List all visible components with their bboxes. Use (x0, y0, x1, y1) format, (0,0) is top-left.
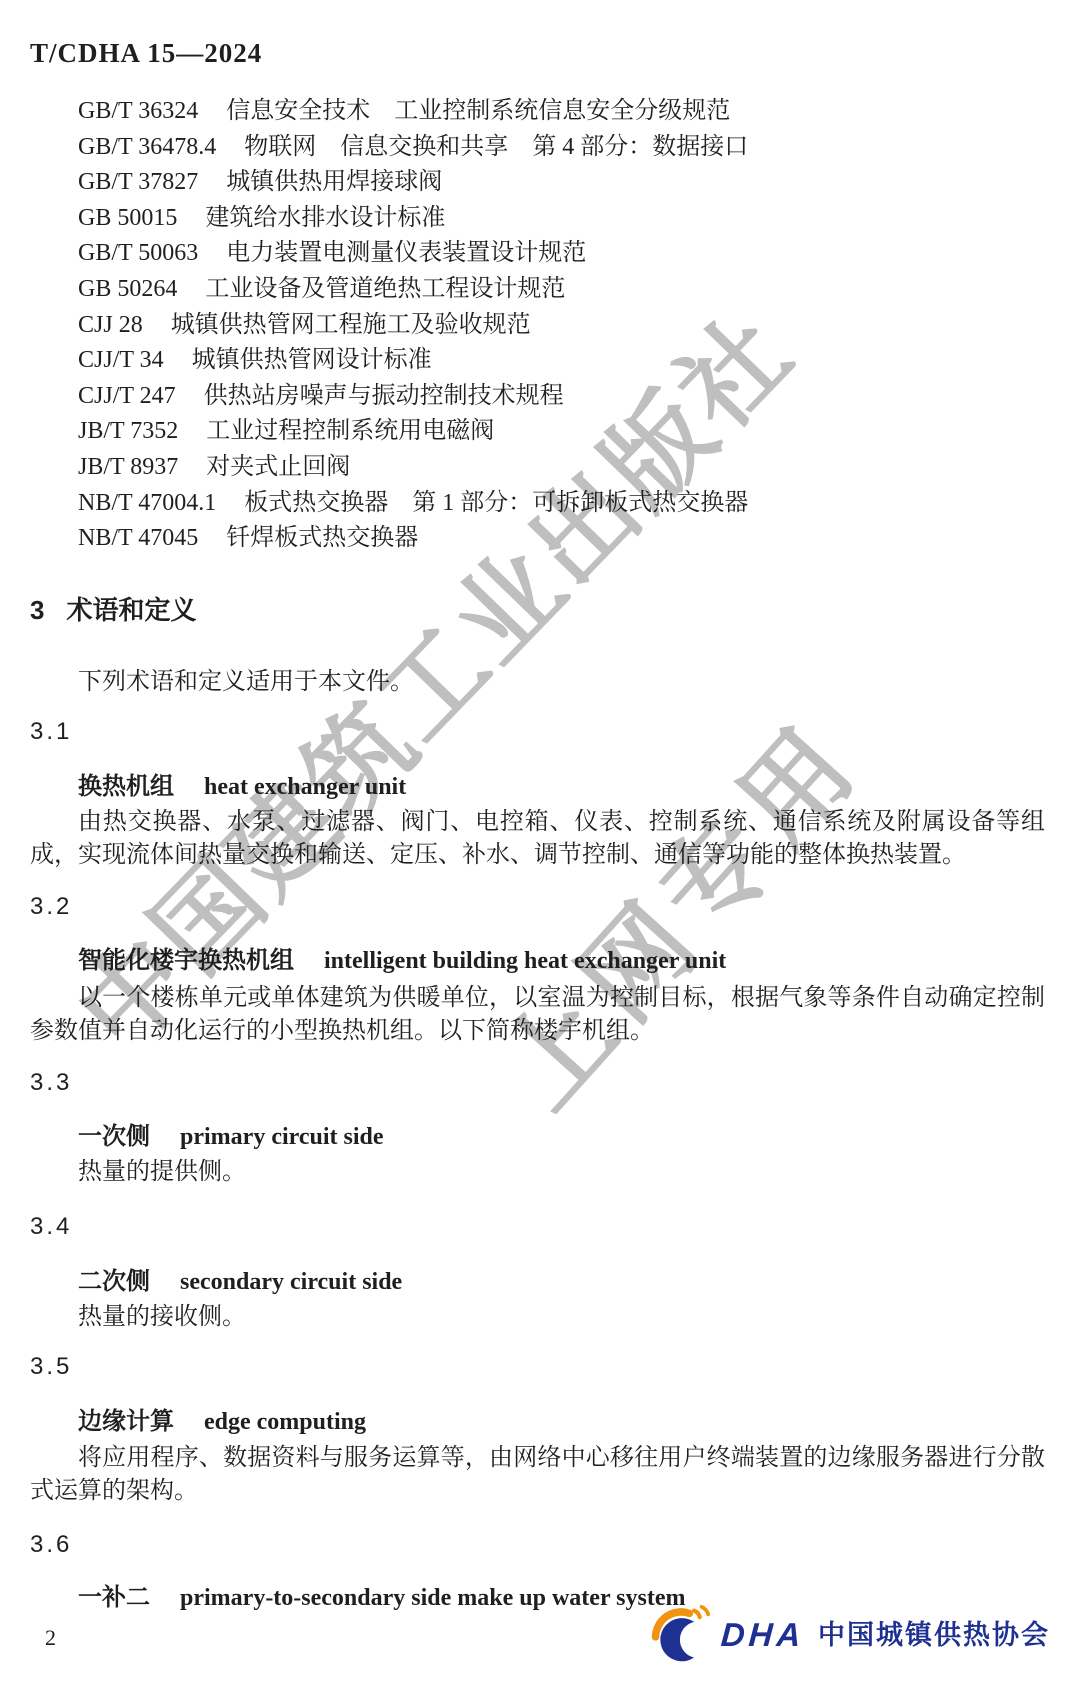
reference-code: JB/T 8937 (78, 450, 178, 486)
page-content: T/CDHA 15—2024 GB/T 36324信息安全技术 工业控制系统信息… (0, 0, 1080, 1691)
reference-item: GB 50264工业设备及管道绝热工程设计规范 (78, 272, 748, 308)
term-definition: 热量的接收侧。 (30, 1301, 1045, 1334)
reference-title: 工业过程控制系统用电磁阀 (206, 418, 494, 444)
reference-title: 城镇供热管网设计标准 (192, 347, 432, 373)
term-heading: 一补二primary-to-secondary side make up wat… (78, 1583, 686, 1613)
section-title: 术语和定义 (66, 595, 196, 625)
term-heading: 换热机组heat exchanger unit (78, 772, 406, 802)
term-number: 3.1 (30, 717, 72, 747)
reference-title: 信息安全技术 工业控制系统信息安全分级规范 (226, 98, 730, 124)
reference-code: CJJ/T 247 (78, 379, 176, 415)
term-number: 3.6 (30, 1530, 72, 1560)
reference-code: GB/T 37827 (78, 165, 198, 201)
document-page: 中国建筑工业出版社 上网专用 T/CDHA 15—2024 GB/T 36324… (0, 0, 1080, 1691)
reference-code: GB/T 36478.4 (78, 130, 216, 166)
term-en: heat exchanger unit (204, 774, 406, 800)
reference-code: GB 50015 (78, 201, 177, 237)
reference-title: 对夹式止回阀 (206, 454, 350, 480)
reference-title: 电力装置电测量仪表装置设计规范 (226, 240, 586, 266)
reference-title: 物联网 信息交换和共享 第 4 部分：数据接口 (244, 134, 748, 160)
term-number: 3.2 (30, 892, 72, 922)
term-zh: 一次侧 (78, 1122, 150, 1152)
reference-item: NB/T 47004.1板式热交换器 第 1 部分：可拆卸板式热交换器 (78, 486, 748, 522)
reference-code: NB/T 47004.1 (78, 486, 216, 522)
reference-item: GB 50015建筑给水排水设计标准 (78, 201, 748, 237)
term-en: intelligent building heat exchanger unit (324, 948, 726, 974)
reference-code: JB/T 7352 (78, 414, 178, 450)
page-number: 2 (45, 1625, 56, 1651)
reference-item: CJJ/T 247供热站房噪声与振动控制技术规程 (78, 379, 748, 415)
reference-title: 钎焊板式热交换器 (226, 525, 418, 551)
term-en: primary-to-secondary side make up water … (180, 1585, 686, 1611)
cdha-logo-icon (649, 1604, 711, 1666)
reference-code: GB/T 36324 (78, 94, 198, 130)
term-zh: 换热机组 (78, 772, 174, 802)
reference-item: GB/T 36478.4物联网 信息交换和共享 第 4 部分：数据接口 (78, 130, 748, 166)
term-heading: 一次侧primary circuit side (78, 1122, 384, 1152)
section-heading: 3术语和定义 (30, 593, 196, 627)
section-number: 3 (30, 593, 44, 627)
term-zh: 一补二 (78, 1583, 150, 1613)
association-name: 中国城镇供热协会 (818, 1619, 1050, 1651)
standard-code-header: T/CDHA 15—2024 (30, 36, 262, 70)
reference-code: CJJ 28 (78, 308, 143, 344)
term-definition: 以一个楼栋单元或单体建筑为供暖单位，以室温为控制目标，根据气象等条件自动确定控制… (30, 982, 1045, 1047)
term-zh: 智能化楼宇换热机组 (78, 946, 294, 976)
normative-references-list: GB/T 36324信息安全技术 工业控制系统信息安全分级规范 GB/T 364… (78, 94, 748, 557)
term-en: secondary circuit side (180, 1269, 402, 1295)
reference-code: GB/T 50063 (78, 236, 198, 272)
reference-item: CJJ 28城镇供热管网工程施工及验收规范 (78, 308, 748, 344)
reference-item: CJJ/T 34城镇供热管网设计标准 (78, 343, 748, 379)
term-heading: 二次侧secondary circuit side (78, 1267, 402, 1297)
reference-code: CJJ/T 34 (78, 343, 164, 379)
term-number: 3.3 (30, 1068, 72, 1098)
association-logo: DHA 中国城镇供热协会 (649, 1603, 1051, 1667)
reference-title: 供热站房噪声与振动控制技术规程 (204, 383, 564, 409)
term-zh: 边缘计算 (78, 1407, 174, 1437)
term-number: 3.4 (30, 1212, 72, 1242)
term-definition: 由热交换器、水泵、过滤器、阀门、电控箱、仪表、控制系统、通信系统及附属设备等组成… (30, 806, 1045, 871)
reference-title: 工业设备及管道绝热工程设计规范 (205, 276, 565, 302)
reference-title: 城镇供热管网工程施工及验收规范 (171, 312, 531, 338)
reference-item: GB/T 37827城镇供热用焊接球阀 (78, 165, 748, 201)
term-en: primary circuit side (180, 1124, 384, 1150)
term-definition: 将应用程序、数据资料与服务运算等，由网络中心移往用户终端装置的边缘服务器进行分散… (30, 1442, 1045, 1507)
reference-title: 建筑给水排水设计标准 (205, 205, 445, 231)
reference-title: 城镇供热用焊接球阀 (226, 169, 442, 195)
term-en: edge computing (204, 1409, 366, 1435)
term-number: 3.5 (30, 1352, 72, 1382)
reference-item: NB/T 47045钎焊板式热交换器 (78, 521, 748, 557)
reference-code: NB/T 47045 (78, 521, 198, 557)
reference-title: 板式热交换器 第 1 部分：可拆卸板式热交换器 (244, 490, 748, 516)
cdha-logo-text: DHA (719, 1617, 805, 1653)
term-heading: 边缘计算edge computing (78, 1407, 366, 1437)
reference-code: GB 50264 (78, 272, 177, 308)
term-definition: 热量的提供侧。 (30, 1156, 1045, 1189)
section-intro: 下列术语和定义适用于本文件。 (78, 667, 414, 697)
reference-item: JB/T 7352工业过程控制系统用电磁阀 (78, 414, 748, 450)
term-heading: 智能化楼宇换热机组intelligent building heat excha… (78, 946, 726, 976)
term-zh: 二次侧 (78, 1267, 150, 1297)
reference-item: GB/T 50063电力装置电测量仪表装置设计规范 (78, 236, 748, 272)
reference-item: JB/T 8937对夹式止回阀 (78, 450, 748, 486)
reference-item: GB/T 36324信息安全技术 工业控制系统信息安全分级规范 (78, 94, 748, 130)
